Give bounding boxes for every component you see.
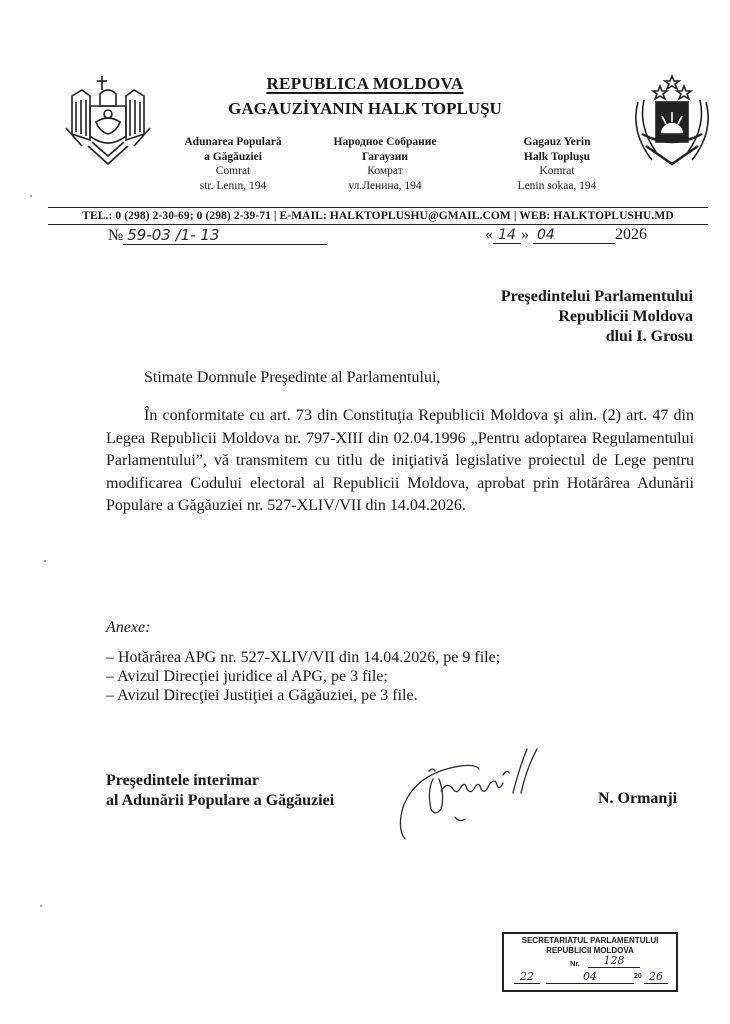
annex-item: – Avizul Direcţiei juridice al APG, pe 3… xyxy=(106,667,500,686)
addressee-line1: Preşedintelui Parlamentului xyxy=(501,287,693,307)
column-name-line2: Гагаузии xyxy=(320,150,450,165)
scan-speck xyxy=(44,560,46,562)
letterhead-column-gagauz: Gagauz Yerin Halk Topluşu Komrat Lenin s… xyxy=(492,135,622,193)
annex-item: – Hotărârea APG nr. 527-XLIV/VII din 14.… xyxy=(106,648,500,667)
close-quote: » xyxy=(521,226,529,243)
number-sign: № xyxy=(108,227,123,244)
signatory-title: Preşedintele interimar al Adunării Popul… xyxy=(106,771,334,811)
column-name-line2: a Găgăuziei xyxy=(168,150,298,165)
column-name-line1: Gagauz Yerin xyxy=(492,135,622,150)
addressee-line2: Republicii Moldova xyxy=(501,307,693,327)
stamp-year-suffix: 26 xyxy=(644,970,668,984)
institution-name: GAGAUZİYANIN HALK TOPLUŞU xyxy=(0,99,730,119)
date-year: 2026 xyxy=(615,226,647,243)
registration-stamp: SECRETARIATUL PARLAMENTULUI REPUBLICII M… xyxy=(502,932,678,992)
letterhead-column-russian: Народное Собрание Гагаузии Комрат ул.Лен… xyxy=(320,135,450,193)
annex-item: – Avizul Direcţiei Justiţiei a Găgăuziei… xyxy=(106,686,500,705)
stamp-month: 04 xyxy=(546,970,634,984)
annexes-heading: Anexe: xyxy=(106,619,150,637)
stamp-nr-label: Nr. xyxy=(570,959,580,968)
stamp-line1: SECRETARIATUL PARLAMENTULUI xyxy=(504,936,676,945)
date-day: 14 xyxy=(493,227,521,244)
column-address: str. Lenın, 194 xyxy=(168,179,298,194)
addressee-block: Preşedintelui Parlamentului Republicii M… xyxy=(501,287,693,347)
signatory-title-line2: al Adunării Populare a Găgăuziei xyxy=(106,791,334,811)
column-name-line2: Halk Topluşu xyxy=(492,150,622,165)
scan-speck xyxy=(30,195,32,197)
contact-bar: TEL.: 0 (298) 2-30-69; 0 (298) 2-39-71 |… xyxy=(48,207,708,225)
column-name-line1: Adunarea Populară xyxy=(168,135,298,150)
column-city: Comrat xyxy=(168,164,298,179)
registration-date: «14» 042026 xyxy=(485,226,647,244)
body-paragraph: În conformitate cu art. 73 din Constituţ… xyxy=(106,405,694,518)
letterhead-title: REPUBLICA MOLDOVA xyxy=(0,74,730,94)
column-city: Комрат xyxy=(320,164,450,179)
date-month: 04 xyxy=(533,227,615,244)
scan-speck xyxy=(40,905,42,907)
handwritten-number: 59-03 /1- 13 xyxy=(123,226,327,245)
stamp-date-row: 22 04 20 26 xyxy=(510,970,670,984)
column-city: Komrat xyxy=(492,164,622,179)
registration-number: №59-03 /1- 13 xyxy=(108,226,327,245)
column-address: ул.Ленина, 194 xyxy=(320,179,450,194)
column-name-line1: Народное Собрание xyxy=(320,135,450,150)
stamp-day: 22 xyxy=(514,970,540,984)
signatory-name: N. Ormanji xyxy=(598,790,677,808)
stamp-nr-value: 128 xyxy=(588,954,640,968)
country-name: REPUBLICA MOLDOVA xyxy=(266,74,463,93)
handwritten-signature-icon xyxy=(395,745,595,840)
column-address: Lenin sokaa, 194 xyxy=(492,179,622,194)
salutation: Stimate Domnule Preşedinte al Parlamentu… xyxy=(144,369,440,387)
addressee-line3: dlui I. Grosu xyxy=(501,327,693,347)
letterhead-column-romanian: Adunarea Populară a Găgăuziei Comrat str… xyxy=(168,135,298,193)
annexes-list: – Hotărârea APG nr. 527-XLIV/VII din 14.… xyxy=(106,648,500,705)
stamp-year-prefix: 20 xyxy=(634,973,642,980)
open-quote: « xyxy=(485,226,493,243)
signatory-title-line1: Preşedintele interimar xyxy=(106,771,334,791)
